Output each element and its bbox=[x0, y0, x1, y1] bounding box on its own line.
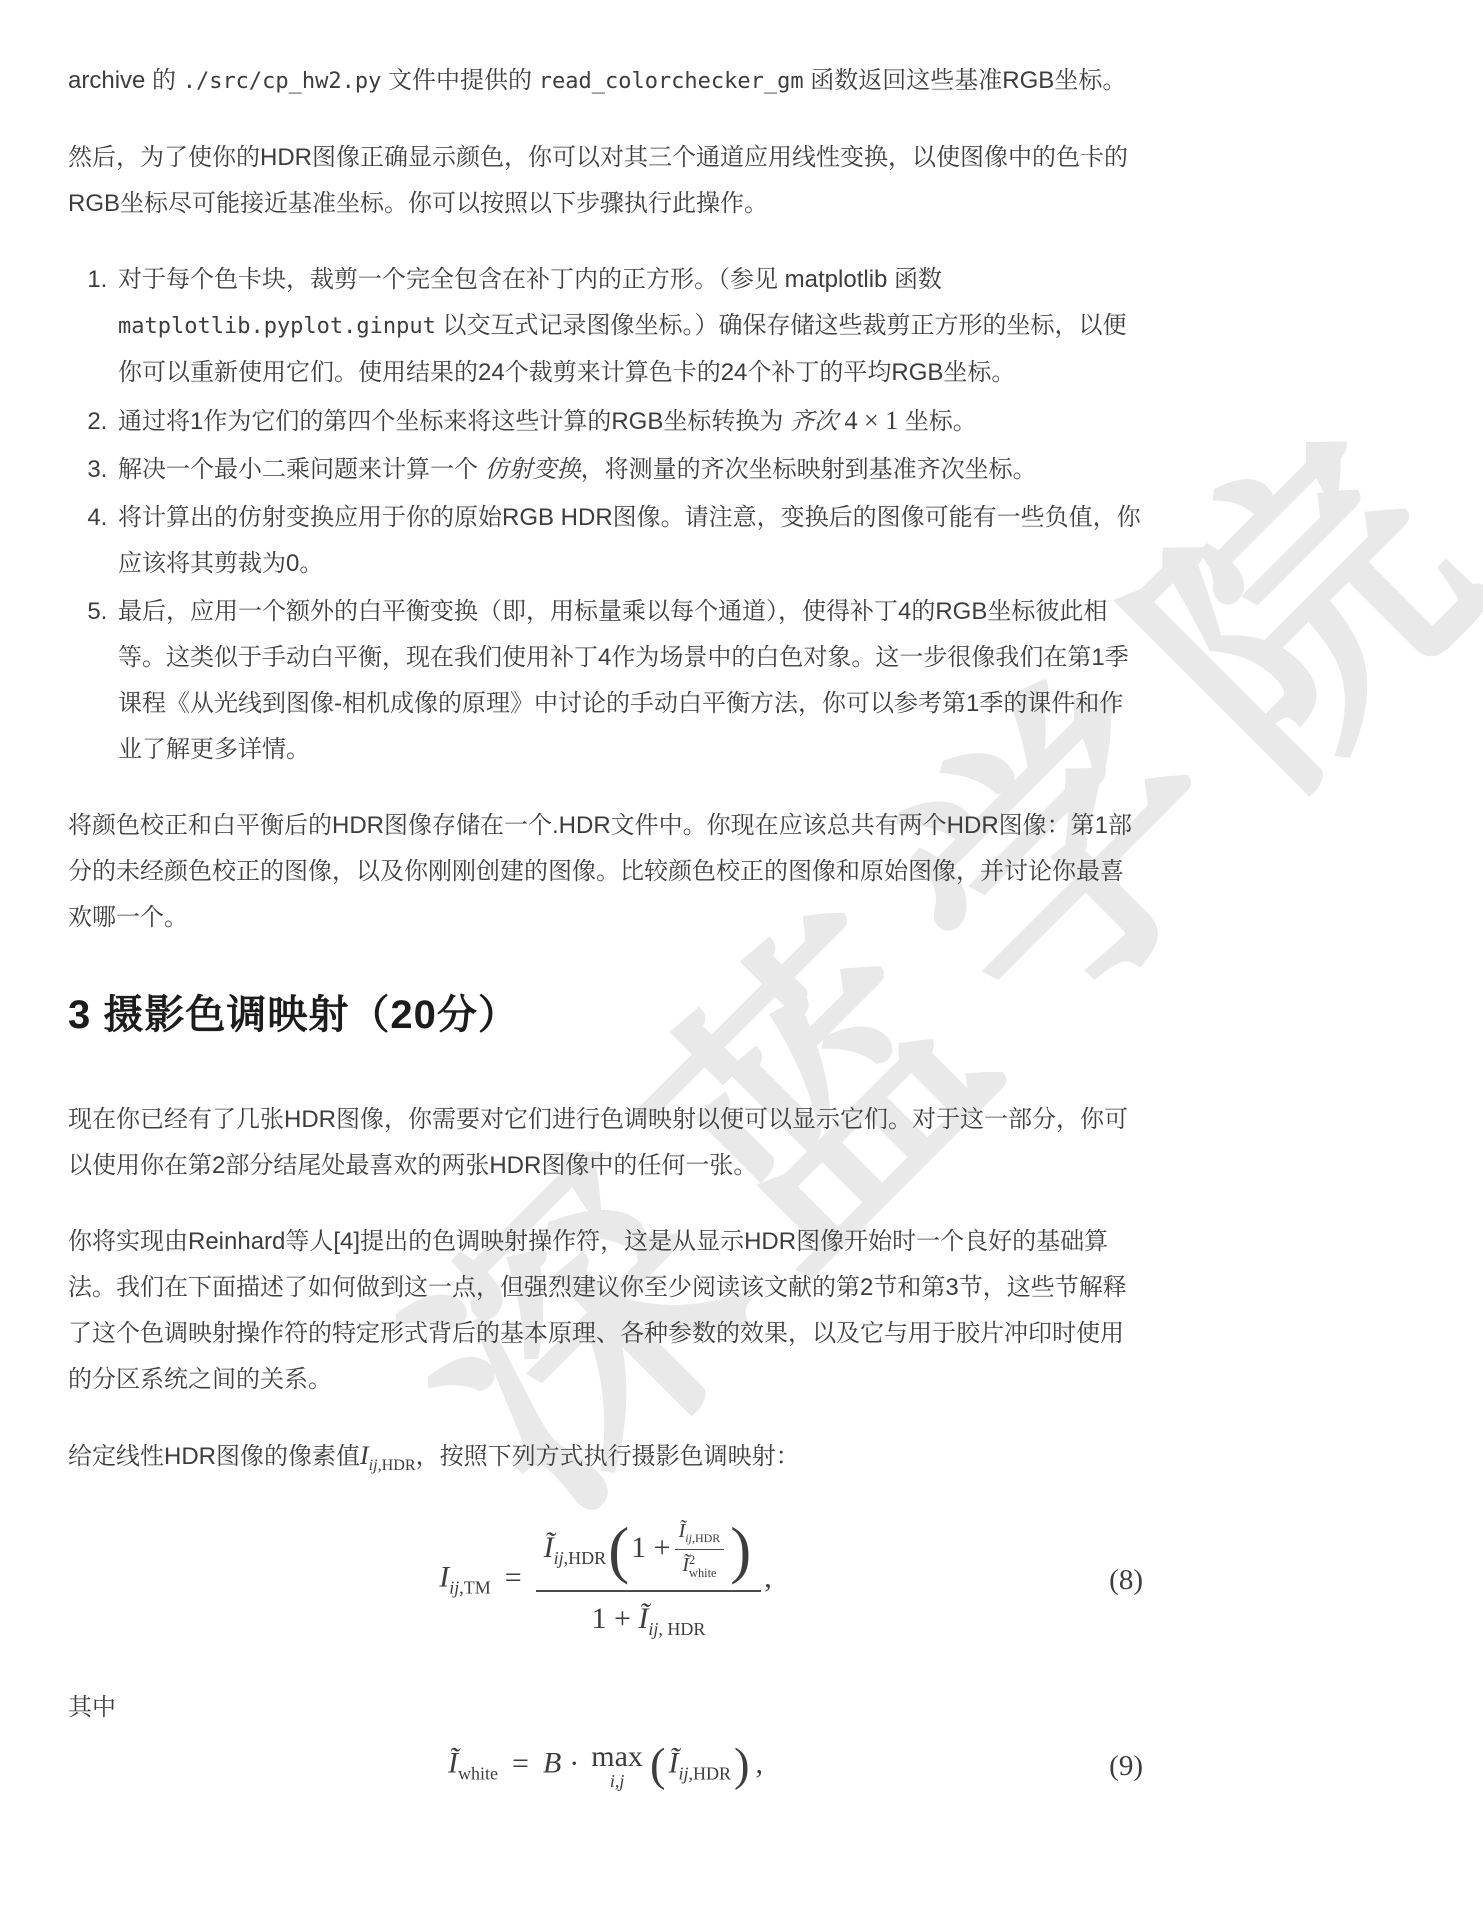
paragraph-where: 其中 bbox=[68, 1685, 1143, 1731]
open-paren: ( bbox=[650, 1740, 666, 1791]
math-sub-italic: ij bbox=[369, 1457, 378, 1474]
math-sub-roman: , HDR bbox=[658, 1619, 705, 1639]
fraction-main: Ĩij,HDR(1 + Ĩij,HDR Ĩ2white ) 1 + Ĩij, H… bbox=[536, 1519, 762, 1641]
paragraph-store-hdr: 将颜色校正和白平衡后的HDR图像存储在一个.HDR文件中。你现在应该总共有两个H… bbox=[68, 803, 1143, 941]
text-run: ，按照下列方式执行摄影色调映射： bbox=[416, 1443, 800, 1470]
paragraph-color-transform: 然后，为了使你的HDR图像正确显示颜色，你可以对其三个通道应用线性变换，以使图像… bbox=[68, 135, 1143, 227]
math-var: B bbox=[543, 1747, 561, 1780]
math-sub-roman: ,HDR bbox=[378, 1457, 416, 1474]
emphasis-affine-transform: 仿射变换 bbox=[485, 456, 581, 483]
close-paren: ) bbox=[730, 1515, 751, 1585]
step-item-5: 最后，应用一个额外的白平衡变换（即，用标量乘以每个通道），使得补丁4的RGB坐标… bbox=[114, 589, 1143, 773]
math-sub-roman: white bbox=[458, 1764, 498, 1784]
text-run: 最后，应用一个额外的白平衡变换（即，用标量乘以每个通道），使得补丁4的RGB坐标… bbox=[118, 598, 1129, 763]
paragraph-tone-map-intro: 现在你已经有了几张HDR图像，你需要对它们进行色调映射以便可以显示它们。对于这一… bbox=[68, 1097, 1143, 1189]
step-item-3: 解决一个最小二乘问题来计算一个 仿射变换，将测量的齐次坐标映射到基准齐次坐标。 bbox=[114, 447, 1143, 493]
text-run: 通过将1作为它们的第四个坐标来将这些计算的RGB坐标转换为 bbox=[118, 408, 790, 435]
text-run: 给定线性HDR图像的像素值 bbox=[68, 1443, 360, 1470]
math-sub-italic: ij bbox=[554, 1548, 564, 1568]
document-content: archive 的 ./src/cp_hw2.py 文件中提供的 read_co… bbox=[0, 0, 1143, 1790]
math-term: 1 + bbox=[591, 1602, 638, 1635]
math-var: Ĩ bbox=[638, 1602, 648, 1635]
math-sub-italic: ij bbox=[449, 1578, 459, 1598]
math-var: Ĩ bbox=[544, 1531, 554, 1564]
equals-sign: = bbox=[505, 1561, 522, 1594]
steps-list: 对于每个色卡块，裁剪一个完全包含在补丁内的正方形。（参见 matplotlib … bbox=[68, 257, 1143, 773]
equals-sign: = bbox=[512, 1747, 529, 1780]
max-operator: maxi,j bbox=[591, 1741, 643, 1791]
max-label: max bbox=[591, 1741, 643, 1773]
paragraph-archive: archive 的 ./src/cp_hw2.py 文件中提供的 read_co… bbox=[68, 58, 1143, 105]
math-sub-italic: ij bbox=[678, 1764, 688, 1784]
math-sup: 2 bbox=[689, 1554, 717, 1568]
equation-number-9: (9) bbox=[1109, 1743, 1143, 1789]
text-run: 对于每个色卡块，裁剪一个完全包含在补丁内的正方形。（参见 matplotlib … bbox=[118, 266, 942, 293]
code-file-path: ./src/cp_hw2.py bbox=[183, 69, 382, 94]
max-subscript: i,j bbox=[591, 1772, 643, 1790]
step-item-4: 将计算出的仿射变换应用于你的原始RGB HDR图像。请注意，变换后的图像可能有一… bbox=[114, 495, 1143, 587]
paragraph-reinhard: 你将实现由Reinhard等人[4]提出的色调映射操作符，这是从显示HDR图像开… bbox=[68, 1219, 1143, 1403]
math-var: Ĩ bbox=[668, 1747, 678, 1780]
text-run: 坐标。 bbox=[905, 408, 977, 435]
equation-8: Iij,TM= Ĩij,HDR(1 + Ĩij,HDR Ĩ2white ) 1 … bbox=[68, 1519, 1143, 1641]
step-item-2: 通过将1作为它们的第四个坐标来将这些计算的RGB坐标转换为 齐次 4 × 1 坐… bbox=[114, 398, 1143, 445]
code-function-name: read_colorchecker_gm bbox=[539, 69, 804, 94]
comma: , bbox=[764, 1561, 772, 1594]
math-var: Ĩ bbox=[448, 1747, 458, 1780]
code-ginput: matplotlib.pyplot.ginput bbox=[118, 314, 436, 339]
equation-number-8: (8) bbox=[1109, 1557, 1143, 1603]
equation-9: Ĩwhite=B·maxi,j(Ĩij,HDR), (9) bbox=[68, 1741, 1143, 1791]
math-sub-roman: ,HDR bbox=[564, 1548, 607, 1568]
section-heading: 3 摄影色调映射（20分） bbox=[68, 987, 1143, 1043]
text-run: 文件中提供的 bbox=[381, 67, 538, 94]
text-run: archive 的 bbox=[68, 67, 183, 94]
math-var: I bbox=[439, 1561, 449, 1594]
inline-math-I-ij-hdr: Iij,HDR bbox=[360, 1441, 416, 1470]
paragraph-given-pixel: 给定线性HDR图像的像素值Iij,HDR，按照下列方式执行摄影色调映射： bbox=[68, 1433, 1143, 1489]
emphasis-homogeneous: 齐次 bbox=[790, 408, 838, 435]
step-item-1: 对于每个色卡块，裁剪一个完全包含在补丁内的正方形。（参见 matplotlib … bbox=[114, 257, 1143, 396]
text-run: 解决一个最小二乘问题来计算一个 bbox=[118, 456, 485, 483]
fraction-inner: Ĩij,HDR Ĩ2white bbox=[675, 1519, 725, 1581]
math-4x1: 4 × 1 bbox=[838, 406, 905, 435]
text-run: 将计算出的仿射变换应用于你的原始RGB HDR图像。请注意，变换后的图像可能有一… bbox=[118, 504, 1141, 577]
math-sub-italic: ij bbox=[648, 1619, 658, 1639]
open-paren: ( bbox=[608, 1515, 629, 1585]
cdot-operator: · bbox=[569, 1747, 579, 1780]
math-var: I bbox=[360, 1441, 369, 1470]
math-var: Ĩ bbox=[682, 1554, 689, 1576]
math-sub-roman: ,HDR bbox=[688, 1764, 731, 1784]
comma: , bbox=[755, 1747, 763, 1780]
text-run: ，将测量的齐次坐标映射到基准齐次坐标。 bbox=[581, 456, 1037, 483]
math-sub-roman: ,TM bbox=[459, 1578, 491, 1598]
math-term: 1 + bbox=[631, 1531, 670, 1564]
math-sub-italic: ij bbox=[685, 1531, 692, 1545]
math-sub-roman: white bbox=[689, 1567, 717, 1581]
close-paren: ) bbox=[734, 1740, 750, 1791]
text-run: 函数返回这些基准RGB坐标。 bbox=[804, 67, 1127, 94]
math-sub-roman: ,HDR bbox=[692, 1531, 720, 1545]
